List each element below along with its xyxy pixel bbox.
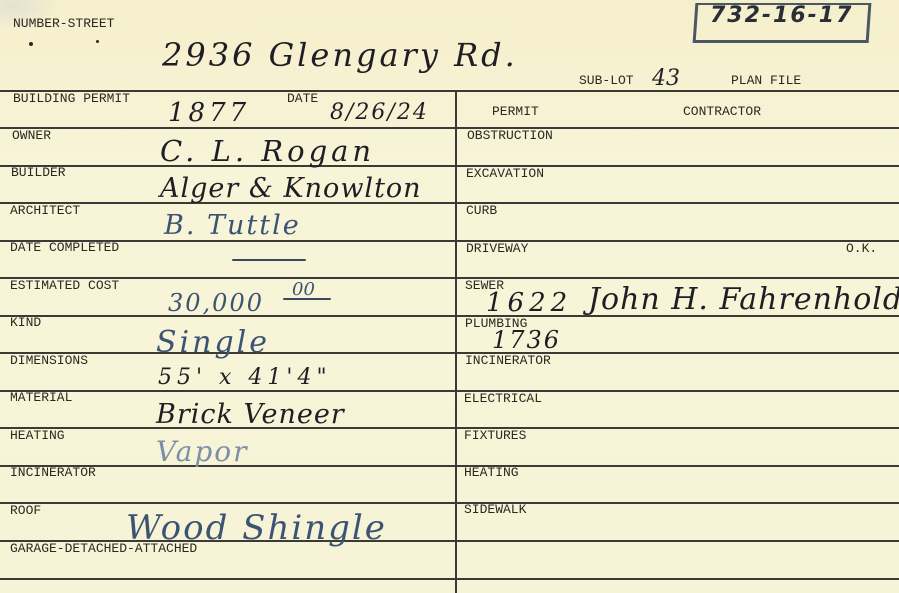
label-sidewalk: SIDEWALK bbox=[464, 502, 526, 517]
label-driveway: DRIVEWAY bbox=[466, 241, 528, 256]
punch-mark bbox=[96, 40, 99, 43]
architect-value: B. Tuttle bbox=[164, 210, 301, 241]
date-completed-dash bbox=[232, 259, 306, 261]
sub-lot-label: SUB-LOT bbox=[579, 73, 634, 88]
rule-line bbox=[0, 465, 899, 467]
sewer-permit-value: 1622 bbox=[486, 288, 572, 318]
rule-line bbox=[0, 352, 899, 354]
number-street-label: NUMBER-STREET bbox=[13, 16, 114, 31]
header-permit: PERMIT bbox=[492, 104, 539, 119]
column-divider bbox=[455, 90, 457, 593]
dimensions-value: 55' x 41'4" bbox=[158, 365, 332, 390]
label-architect: ARCHITECT bbox=[10, 203, 80, 218]
label-roof: ROOF bbox=[10, 503, 41, 518]
sewer-contractor-value: John H. Fahrenhold bbox=[588, 282, 899, 317]
building-permit-value: 1877 bbox=[168, 98, 250, 128]
plumbing-permit-value: 1736 bbox=[492, 326, 561, 354]
number-street-value: 2936 Glengary Rd. bbox=[162, 36, 518, 74]
rule-line bbox=[0, 127, 899, 129]
label-excavation: EXCAVATION bbox=[466, 166, 544, 181]
owner-value: C. L. Rogan bbox=[160, 134, 375, 168]
label-incinerator: INCINERATOR bbox=[10, 465, 96, 480]
heating-value: Vapor bbox=[156, 435, 249, 468]
material-value: Brick Veneer bbox=[156, 399, 345, 430]
rule-line bbox=[0, 90, 899, 92]
label-estimated-cost: ESTIMATED COST bbox=[10, 278, 119, 293]
file-number: 732-16-17 bbox=[710, 3, 853, 28]
cents-underline bbox=[283, 298, 331, 300]
punch-mark bbox=[29, 42, 33, 46]
driveway-note: O.K. bbox=[846, 241, 877, 256]
label-obstruction: OBSTRUCTION bbox=[467, 128, 553, 143]
label-owner: OWNER bbox=[12, 128, 51, 143]
plan-file-label: PLAN FILE bbox=[731, 73, 801, 88]
label-kind: KIND bbox=[10, 315, 41, 330]
estimated-cost-cents: 00 bbox=[292, 279, 315, 300]
label-material: MATERIAL bbox=[10, 390, 72, 405]
rule-line bbox=[0, 277, 899, 279]
label-incinerator-permit: INCINERATOR bbox=[465, 353, 551, 368]
sub-lot-value: 43 bbox=[652, 66, 680, 91]
kind-value: Single bbox=[156, 325, 270, 360]
rule-line bbox=[0, 390, 899, 392]
label-electrical: ELECTRICAL bbox=[464, 391, 542, 406]
rule-line bbox=[0, 502, 899, 504]
label-fixtures: FIXTURES bbox=[464, 428, 526, 443]
label-dimensions: DIMENSIONS bbox=[10, 353, 88, 368]
label-heating-permit: HEATING bbox=[464, 465, 519, 480]
label-curb: CURB bbox=[466, 203, 497, 218]
date-value: 8/26/24 bbox=[330, 100, 429, 125]
label-date-completed: DATE COMPLETED bbox=[10, 240, 119, 255]
rule-line bbox=[0, 202, 899, 204]
rule-line bbox=[0, 165, 899, 167]
rule-line bbox=[0, 427, 899, 429]
builder-value: Alger & Knowlton bbox=[160, 173, 422, 204]
label-building-permit: BUILDING PERMIT bbox=[13, 91, 130, 106]
label-heating: HEATING bbox=[10, 428, 65, 443]
permit-card: 732-16-17 NUMBER-STREET 2936 Glengary Rd… bbox=[0, 0, 899, 593]
estimated-cost-value: 30,000 bbox=[168, 289, 264, 317]
roof-value: Wood Shingle bbox=[126, 508, 387, 548]
label-builder: BUILDER bbox=[11, 165, 66, 180]
header-contractor: CONTRACTOR bbox=[683, 104, 761, 119]
rule-line bbox=[0, 578, 899, 580]
rule-line bbox=[0, 240, 899, 242]
label-date: DATE bbox=[287, 91, 318, 106]
